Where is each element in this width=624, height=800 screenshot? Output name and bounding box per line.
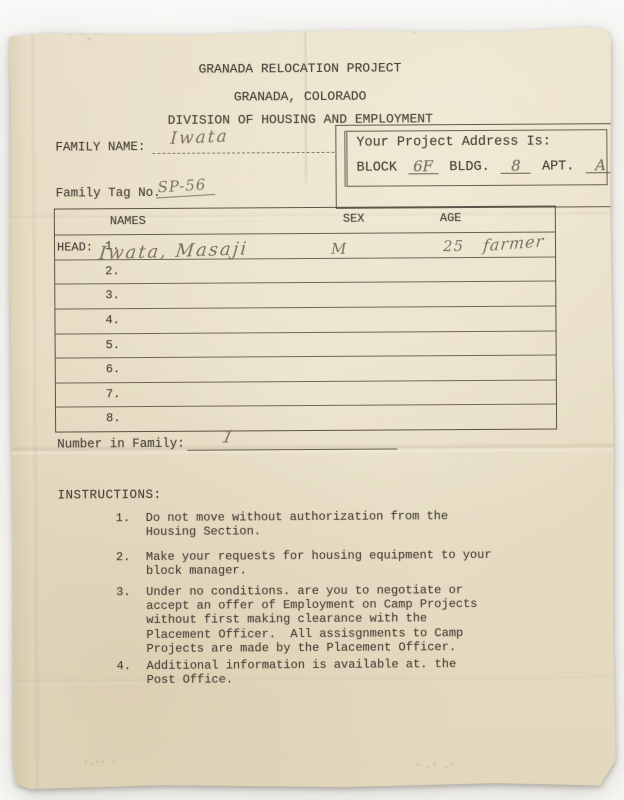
family-name-label: FAMILY NAME: <box>55 140 145 155</box>
instruction-number: 4. <box>117 659 131 673</box>
row-number: 4. <box>105 313 119 327</box>
pencil-scribble-bottom-left: ·.·· · <box>84 757 118 768</box>
instruction-text: Under no conditions. are you to negotiat… <box>146 583 478 656</box>
table-row-7: 7. <box>56 380 556 408</box>
table-row-1: HEAD: 1. Iwata, Masaji M 25 farmer <box>55 233 555 261</box>
instruction-line: Additional information is available at. … <box>147 657 457 673</box>
family-tag-label: Family Tag No. <box>56 186 161 201</box>
bldg-handwritten-value: 8 <box>501 159 531 174</box>
project-address-inner-box: Your Project Address Is: BLOCK 6F BLDG. … <box>344 129 607 187</box>
document-paper: · ·¸·· · ···. · ·.·· · · .· .· GRANADA R… <box>8 26 617 790</box>
instruction-text: Do not move without authorization from t… <box>146 509 449 539</box>
table-row-6: 6. <box>56 356 556 384</box>
column-header-sex: SEX <box>343 212 365 226</box>
row-number: 3. <box>105 288 119 302</box>
pencil-scribble-top-right: ···. · <box>396 25 430 36</box>
table-row-3: 3. <box>55 282 555 310</box>
instruction-text: Additional information is available at. … <box>147 657 457 687</box>
instruction-line: block manager. <box>146 562 492 578</box>
apt-label: APT. <box>542 159 574 174</box>
document-title: GRANADA RELOCATION PROJECT <box>0 59 602 78</box>
instruction-line: accept an offer of Employment on Camp Pr… <box>146 597 477 613</box>
table-row-2: 2. <box>55 257 555 285</box>
row-number: 5. <box>106 338 120 352</box>
paper-wrapper: · ·¸·· · ···. · ·.·· · · .· .· GRANADA R… <box>8 26 617 790</box>
instruction-line: Post Office. <box>147 671 457 687</box>
handwritten-occupation: farmer <box>482 231 545 255</box>
project-address-box: Your Project Address Is: BLOCK 6F BLDG. … <box>335 123 620 209</box>
handwritten-age: 25 <box>443 237 464 255</box>
pencil-scribble-bottom-right: · .· .· <box>416 760 456 771</box>
vertical-fold-crease-left <box>30 30 41 790</box>
table-row-4: 4. <box>55 306 555 334</box>
number-in-family-label: Number in Family: <box>57 437 185 452</box>
row-number: 8. <box>106 412 120 426</box>
instruction-number: 1. <box>116 511 130 525</box>
table-row-5: 5. <box>56 331 556 359</box>
column-header-names: NAMES <box>110 214 146 228</box>
document-subtitle-location: GRANADA, COLORADO <box>0 87 602 106</box>
project-address-title: Your Project Address Is: <box>356 135 551 151</box>
table-header-row: NAMES SEX AGE <box>55 207 555 236</box>
project-address-fields: BLOCK 6F BLDG. 8 APT. A <box>356 157 618 176</box>
apt-handwritten-value: A <box>585 158 615 173</box>
instruction-line: Do not move without authorization from t… <box>146 509 449 525</box>
instructions-heading: INSTRUCTIONS: <box>57 488 161 503</box>
family-name-handwritten-value: Iwata <box>170 126 230 148</box>
instruction-text: Make your requests for housing equipment… <box>146 548 492 579</box>
handwritten-sex: M <box>331 240 346 258</box>
head-of-family-label: HEAD: <box>57 240 93 254</box>
column-header-age: AGE <box>440 211 462 225</box>
instruction-number: 3. <box>116 585 130 599</box>
instruction-line: Projects are made by the Placement Offic… <box>146 640 477 656</box>
row-number: 7. <box>106 387 120 401</box>
photo-background: · ·¸·· · ···. · ·.·· · · .· .· GRANADA R… <box>0 0 624 800</box>
family-members-table: NAMES SEX AGE HEAD: 1. Iwata, Masaji M 2… <box>54 206 557 433</box>
family-tag-handwritten-value: SP-56 <box>155 175 215 198</box>
instruction-number: 2. <box>116 550 130 564</box>
row-number: 6. <box>106 362 120 376</box>
block-label: BLOCK <box>356 160 397 175</box>
instruction-line: Make your requests for housing equipment… <box>146 548 492 564</box>
pencil-scribble-top-left: · ·¸·· · <box>70 29 117 40</box>
number-in-family-underline <box>187 423 397 450</box>
row-number: 2. <box>105 264 119 278</box>
instruction-line: Housing Section. <box>146 523 449 539</box>
vertical-fold-crease-top <box>303 28 311 183</box>
bldg-label: BLDG. <box>449 160 490 175</box>
block-handwritten-value: 6F <box>408 159 438 174</box>
